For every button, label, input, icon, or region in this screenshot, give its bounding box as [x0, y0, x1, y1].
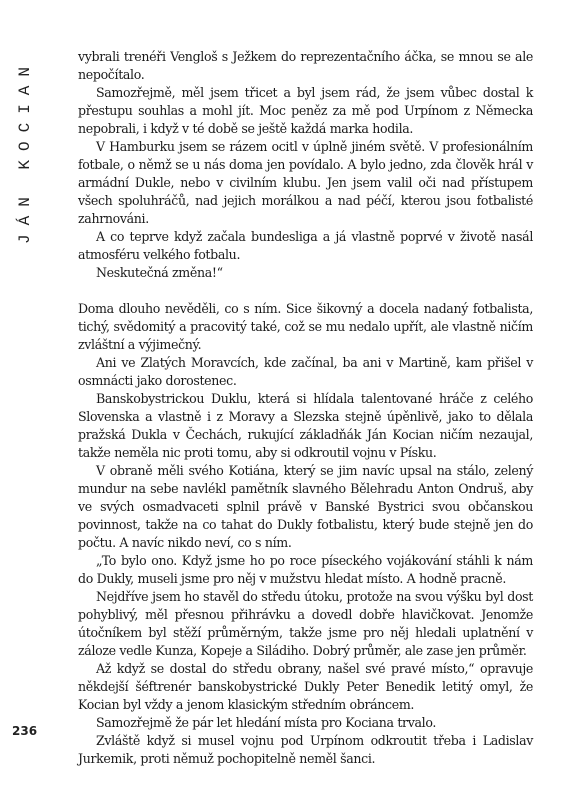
paragraph: Samozřejmě že pár let hledání místa pro … — [78, 714, 533, 732]
paragraph: V obraně měli svého Kotiána, který se ji… — [78, 462, 533, 552]
paragraph: Nejdříve jsem ho stavěl do středu útoku,… — [78, 588, 533, 660]
paragraph: Doma dlouho nevěděli, co s ním. Sice šik… — [78, 300, 533, 354]
book-page: JÁN KOCIAN vybrali trenéři Vengloš s Jež… — [0, 0, 573, 800]
paragraph: „To bylo ono. Když jsme ho po roce písec… — [78, 552, 533, 588]
running-head-author: JÁN KOCIAN — [16, 44, 36, 244]
page-number: 236 — [12, 724, 37, 738]
paragraph: Neskutečná změna!“ — [78, 264, 533, 282]
paragraph: Zvláště když si musel vojnu pod Urpínom … — [78, 732, 533, 768]
paragraph: Až když se dostal do středu obrany, naše… — [78, 660, 533, 714]
paragraph: Banskobystrickou Duklu, která si hlídala… — [78, 390, 533, 462]
paragraph: vybrali trenéři Vengloš s Ježkem do repr… — [78, 48, 533, 84]
body-text: vybrali trenéři Vengloš s Ježkem do repr… — [78, 48, 533, 768]
paragraph: A co teprve když začala bundesliga a já … — [78, 228, 533, 264]
paragraph: Ani ve Zlatých Moravcích, kde začínal, b… — [78, 354, 533, 390]
paragraph: V Hamburku jsem se rázem ocitl v úplně j… — [78, 138, 533, 228]
paragraph: Samozřejmě, měl jsem třicet a byl jsem r… — [78, 84, 533, 138]
